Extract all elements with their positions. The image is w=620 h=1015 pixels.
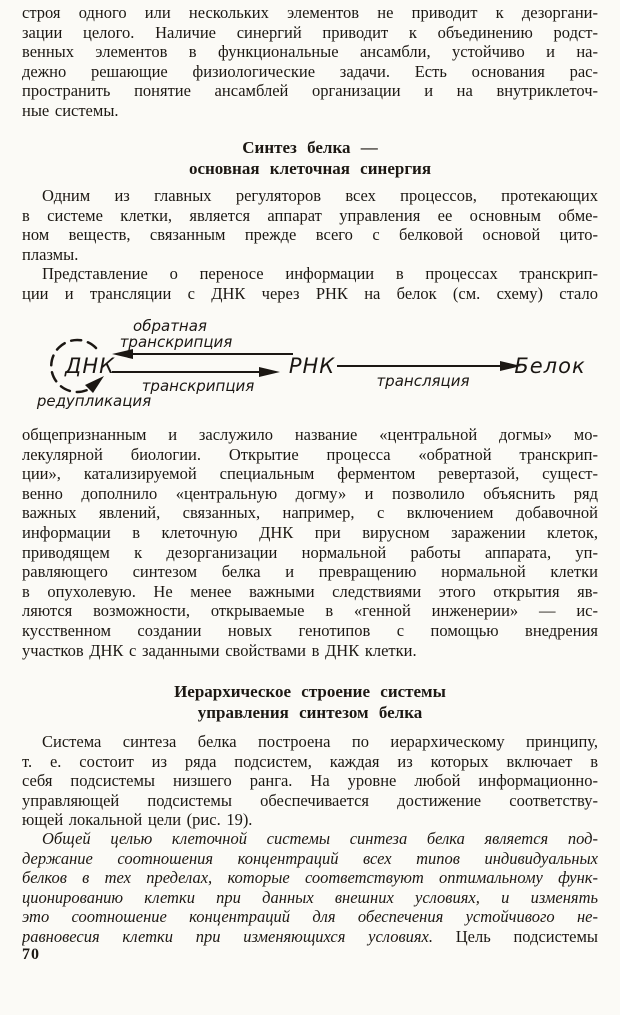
text-line: Представление о переносе информации в пр… (22, 264, 598, 284)
text-line: важных явлений, связанных, например, с в… (22, 503, 598, 523)
text-line: равляющего синтезом белка и превращению … (22, 562, 598, 582)
text-line: пространить понятие ансамблей организаци… (22, 81, 598, 101)
text-line: ции и трансляции с ДНК через РНК на бело… (22, 284, 598, 304)
text-line: держание соотношения концентраций всех т… (22, 849, 598, 869)
text-line: ные системы. (22, 101, 598, 121)
transcription-arrowhead-icon (259, 367, 280, 377)
reverse-transcription-label-line1: обратная (133, 319, 207, 334)
paragraph-regulator: Одним из главных регуляторов всех процес… (22, 186, 598, 264)
text-line: строя одного или нескольких элементов не… (22, 3, 598, 23)
paragraph-hierarchy: Система синтеза белка построена по иерар… (22, 732, 598, 830)
transcription-label: транскрипция (142, 379, 255, 394)
text-line: ном веществ, связанным прежде всего с бе… (22, 225, 598, 245)
heading-line: основная клеточная синергия (22, 158, 598, 179)
protein-node-label: Белок (514, 356, 585, 376)
text-line: в опухолевую. Не менее важными следствия… (22, 582, 598, 602)
text-line: ции», катализируемой специальным фермент… (22, 464, 598, 484)
section-heading-protein-synthesis: Синтез белка — основная клеточная синерг… (22, 137, 598, 179)
text-line: ющей локальной цели (рис. 19). (22, 810, 598, 830)
heading-line: управления синтезом белка (22, 702, 598, 723)
text-line: информации в клеточную ДНК при вирусном … (22, 523, 598, 543)
reverse-transcription-label-line2: транскрипция (120, 335, 233, 350)
text-line: ляются возможности, открываемые в «генно… (22, 601, 598, 621)
text-line: лекулярной биологии. Открытие процесса «… (22, 445, 598, 465)
text-line: управляющей подсистемы обеспечивается до… (22, 791, 598, 811)
roman-tail: Цель подсистемы (433, 927, 598, 946)
reduplication-label: редупликация (37, 394, 151, 409)
dna-node-label: ДНК (65, 356, 115, 376)
translation-label: трансляция (376, 374, 469, 389)
text-line: Общей целью клеточной системы синтеза бе… (22, 829, 598, 849)
page-number: 70 (22, 946, 40, 964)
paragraph-ensembles: строя одного или нескольких элементов не… (22, 3, 598, 121)
text-line: Одним из главных регуляторов всех процес… (22, 186, 598, 206)
text-line: кусственном создании новых генотипов с п… (22, 621, 598, 641)
text-line: плазмы. (22, 245, 598, 265)
heading-line: Иерархическое строение системы (22, 681, 598, 702)
paragraph-information-transfer: Представление о переносе информации в пр… (22, 264, 598, 303)
text-line: в системе клетки, является аппарат управ… (22, 206, 598, 226)
text-line: общепризнанным и заслужило название «цен… (22, 425, 598, 445)
text-line: Система синтеза белка построена по иерар… (22, 732, 598, 752)
text-line: участков ДНК с заданными свойствами в ДН… (22, 641, 598, 661)
text-line: равновесия клетки при изменяющихся услов… (22, 927, 598, 947)
central-dogma-diagram: обратная транскрипция транскрипция редуп… (0, 317, 620, 419)
text-line: дежно решающие физиологические задачи. Е… (22, 62, 598, 82)
text-line: приводящем к дезорганизации нормальной р… (22, 543, 598, 563)
section-heading-hierarchy: Иерархическое строение системы управлени… (22, 681, 598, 723)
paragraph-goal-italic: Общей целью клеточной системы синтеза бе… (22, 829, 598, 947)
text-line: ционированию клетки при данных внешних у… (22, 888, 598, 908)
text-line: это соотношение концентраций для обеспеч… (22, 907, 598, 927)
text-line: т. е. состоит из ряда подсистем, каждая … (22, 752, 598, 772)
text-line: венных элементов в функциональные ансамб… (22, 42, 598, 62)
rna-node-label: РНК (289, 356, 335, 376)
text-line: белков в тех пределах, которые соответст… (22, 868, 598, 888)
text-line: венно дополнило «центральную догму» и по… (22, 484, 598, 504)
text-line: зации целого. Наличие синергий приводит … (22, 23, 598, 43)
paragraph-central-dogma: общепризнанным и заслужило название «цен… (22, 425, 598, 660)
text-line: себя подсистемы низшего ранга. На уровне… (22, 771, 598, 791)
heading-line: Синтез белка — (22, 137, 598, 158)
